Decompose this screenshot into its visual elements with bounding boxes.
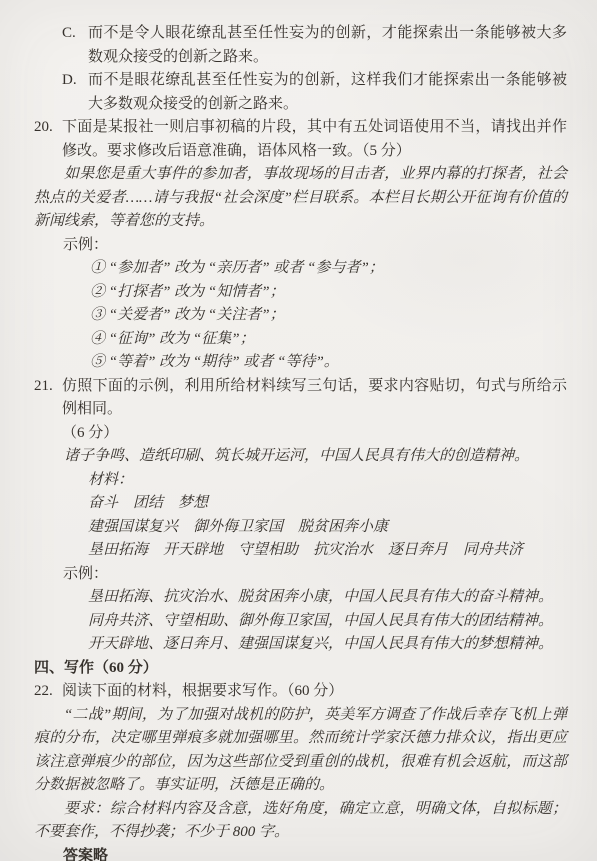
question-20-item-5: ⑤ “等着” 改为 “期待” 或者 “等待”。 [90,351,567,375]
question-21-stem: 仿照下面的示例，利用所给材料续写三句话，要求内容贴切，句式与所给示例相同。 （6… [62,375,567,446]
option-d-label: D. [62,69,88,116]
question-22-requirement: 要求：综合材料内容及含意，选好角度，确定立意，明确文体，自拟标题；不要套作，不得… [34,798,567,845]
question-20-item-3: ③ “关爱者” 改为 “关注者”； [90,304,567,328]
question-21-model-sentence: 诸子争鸣、造纸印刷、筑长城开运河，中国人民具有伟大的创造精神。 [34,445,567,469]
question-22-number: 22. [34,680,62,704]
question-20: 20. 下面是某报社一则启事初稿的片段，其中有五处词语使用不当，请找出并作修改。… [34,116,567,163]
question-22: 22. 阅读下面的材料，根据要求写作。（60 分） [34,680,567,704]
question-21-stem-text: 仿照下面的示例，利用所给材料续写三句话，要求内容贴切，句式与所给示例相同。 [62,378,567,418]
question-21-material-1: 奋斗 团结 梦想 [88,492,567,516]
question-21-example-1: 垦田拓海、抗灾治水、脱贫困奔小康，中国人民具有伟大的奋斗精神。 [88,586,567,610]
option-c-text: 而不是令人眼花缭乱甚至任性妄为的创新，才能探索出一条能够被大多数观众接受的创新之… [88,22,567,69]
exam-paper-scan: C. 而不是令人眼花缭乱甚至任性妄为的创新，才能探索出一条能够被大多数观众接受的… [0,0,597,861]
question-22-passage: “二战”期间，为了加强对战机的防护，英美军方调查了作战后幸存飞机上弹痕的分布，决… [34,704,567,798]
question-21-example-3: 开天辟地、逐日奔月、建强国谋复兴，中国人民具有伟大的梦想精神。 [88,633,567,657]
option-c-label: C. [62,22,88,69]
answer-note: 答案略 [63,845,567,861]
question-21-material-3: 垦田拓海 开天辟地 守望相助 抗灾治水 逐日奔月 同舟共济 [88,539,567,563]
question-21-material-2: 建强国谋复兴 御外侮卫家国 脱贫困奔小康 [88,516,567,540]
option-c: C. 而不是令人眼花缭乱甚至任性妄为的创新，才能探索出一条能够被大多数观众接受的… [62,22,567,69]
section-4-heading: 四、写作（60 分） [34,657,567,681]
question-20-item-1: ① “参加者” 改为 “亲历者” 或者 “参与者”； [90,257,567,281]
option-d: D. 而不是眼花缭乱甚至任性妄为的创新，这样我们才能探索出一条能够被大多数观众接… [62,69,567,116]
question-21: 21. 仿照下面的示例，利用所给材料续写三句话，要求内容贴切，句式与所给示例相同… [34,375,567,446]
question-20-number: 20. [34,116,62,163]
question-22-stem: 阅读下面的材料，根据要求写作。（60 分） [62,680,567,704]
question-21-example-2: 同舟共济、守望相助、御外侮卫家国，中国人民具有伟大的团结精神。 [88,610,567,634]
question-21-score: （6 分） [62,422,567,446]
question-21-material-label: 材料： [88,469,567,493]
question-20-passage: 如果您是重大事件的参加者，事故现场的目击者，业界内幕的打探者，社会热点的关爱者…… [34,163,567,234]
question-20-item-2: ② “打探者” 改为 “知情者”； [90,281,567,305]
question-20-example-label: 示例： [63,234,567,258]
question-21-number: 21. [34,375,62,446]
question-20-stem: 下面是某报社一则启事初稿的片段，其中有五处词语使用不当，请找出并作修改。要求修改… [62,116,567,163]
question-20-item-4: ④ “征询” 改为 “征集”； [90,328,567,352]
option-d-text: 而不是眼花缭乱甚至任性妄为的创新，这样我们才能探索出一条能够被大多数观众接受的创… [88,69,567,116]
question-21-example-label: 示例： [63,563,567,587]
